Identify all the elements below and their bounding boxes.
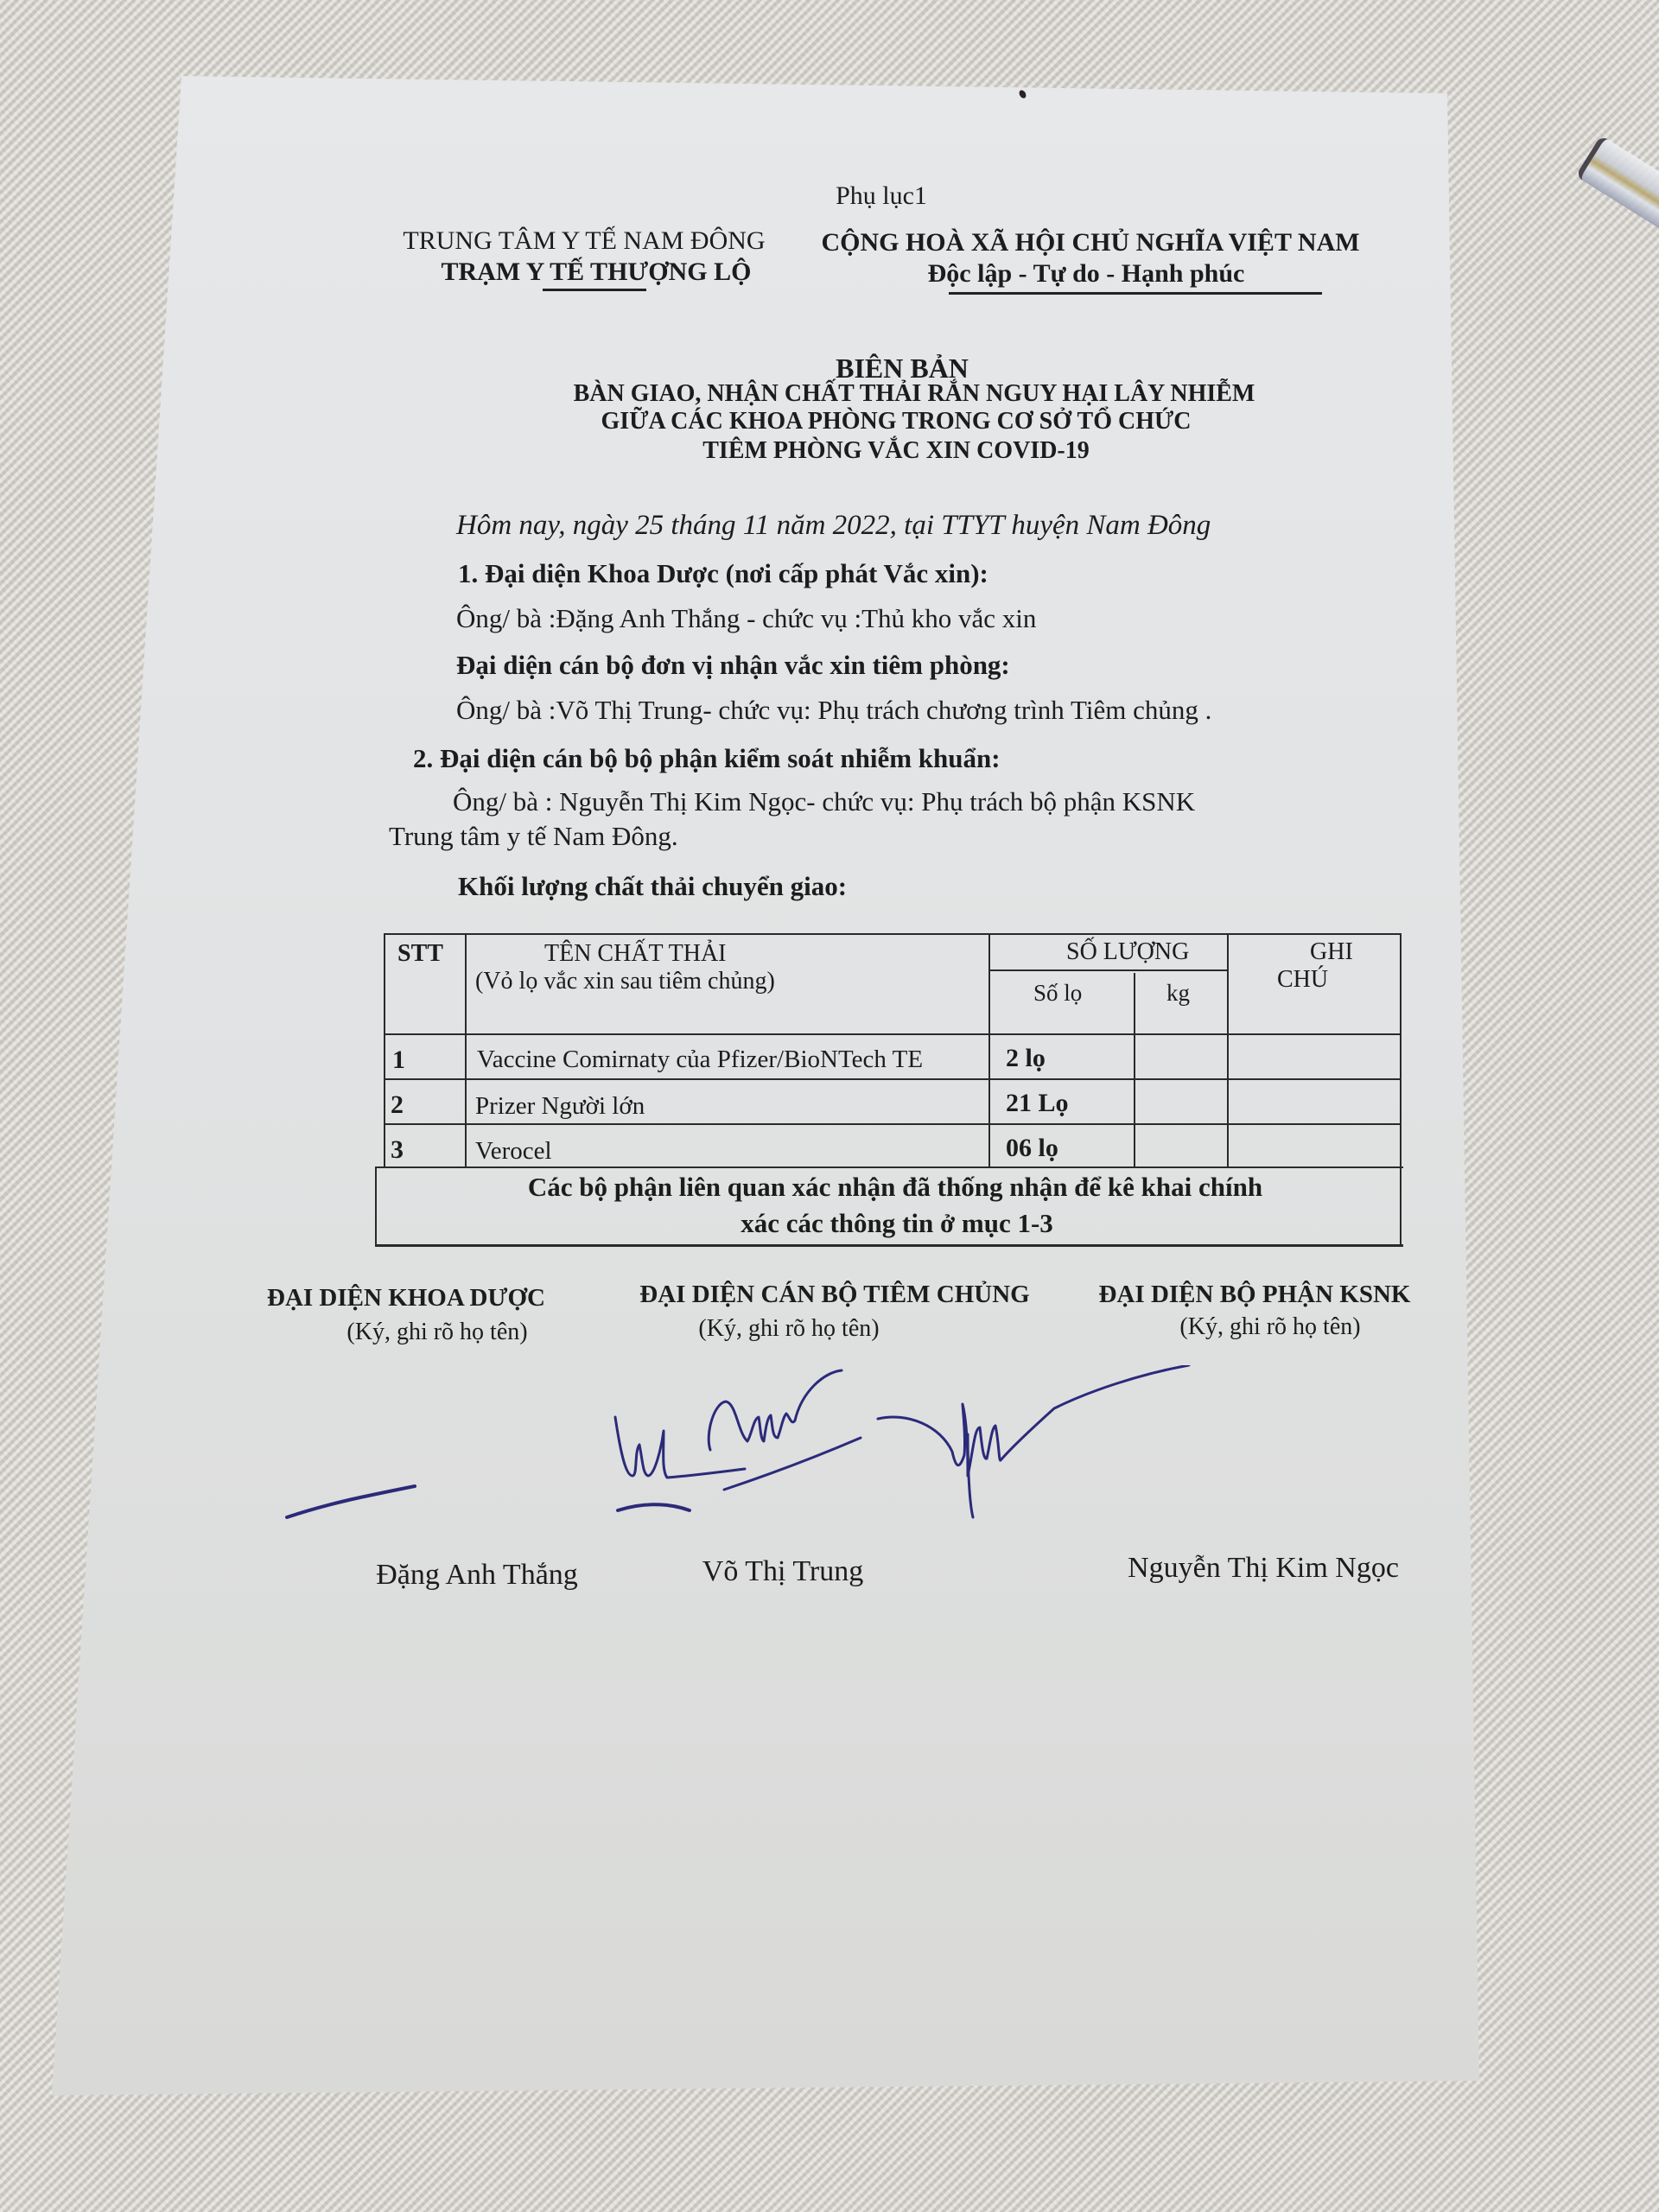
sig3-title: ĐẠI DIỆN BỘ PHẬN KSNK: [1099, 1282, 1411, 1307]
sig2-name: Võ Thị Trung: [702, 1557, 863, 1586]
section1-heading: 1. Đại diện Khoa Dược (nơi cấp phát Vắc …: [458, 560, 988, 587]
row3-stt: 3: [391, 1137, 404, 1163]
section1-subheading: Đại diện cán bộ đơn vị nhận vắc xin tiêm…: [456, 652, 1010, 678]
header-right-underline: [949, 292, 1322, 295]
sig2-title: ĐẠI DIỆN CÁN BỘ TIÊM CHỦNG: [639, 1282, 1029, 1307]
title-line-1: BÀN GIAO, NHẬN CHẤT THẢI RẮN NGUY HẠI LÂ…: [574, 382, 1255, 406]
header-right-nation: CỘNG HOÀ XÃ HỘI CHỦ NGHĨA VIỆT NAM: [821, 230, 1359, 256]
table-footer-line2: xác các thông tin ở mục 1-3: [741, 1210, 1053, 1236]
row3-vials: 06 lọ: [1006, 1135, 1058, 1161]
row2-vials: 21 Lọ: [1006, 1090, 1069, 1116]
header-note-2: CHÚ: [1277, 968, 1328, 992]
row1-vials: 2 lọ: [1006, 1046, 1046, 1071]
header-kg: kg: [1166, 982, 1190, 1005]
row1-stt: 1: [392, 1047, 405, 1073]
sig3-name: Nguyễn Thị Kim Ngọc: [1128, 1554, 1399, 1583]
title-line-3: TIÊM PHÒNG VẮC XIN COVID-19: [702, 439, 1090, 463]
section2-heading: 2. Đại diện cán bộ bộ phận kiểm soát nhi…: [413, 745, 1001, 772]
header-left-org: TRUNG TÂM Y TẾ NAM ĐÔNG: [403, 228, 765, 254]
sig1-instruction: (Ký, ghi rõ họ tên): [346, 1320, 527, 1344]
date-line: Hôm nay, ngày 25 tháng 11 năm 2022, tại …: [456, 512, 1211, 540]
sig1-name: Đặng Anh Thắng: [376, 1560, 578, 1590]
waste-table: STT TÊN CHẤT THẢI (Vỏ lọ vắc xin sau tiê…: [375, 933, 1403, 1244]
section2-person-line1: Ông/ bà : Nguyễn Thị Kim Ngọc- chức vụ: …: [453, 788, 1195, 815]
title-line-2: GIỮA CÁC KHOA PHÒNG TRONG CƠ SỞ TỔ CHỨC: [601, 410, 1192, 434]
header-name-sub: (Vỏ lọ vắc xin sau tiêm chủng): [475, 969, 775, 994]
section2-person-line2: Trung tâm y tế Nam Đông.: [389, 823, 678, 849]
header-right-motto: Độc lập - Tự do - Hạnh phúc: [928, 261, 1245, 287]
header-left-underline: [543, 289, 646, 291]
header-note-1: GHI: [1310, 940, 1353, 964]
sig1-title: ĐẠI DIỆN KHOA DƯỢC: [267, 1286, 545, 1311]
handwritten-signatures: [276, 1365, 1503, 1555]
header-quantity: SỐ LƯỢNG: [1066, 940, 1189, 964]
section1-person: Ông/ bà :Đặng Anh Thắng - chức vụ :Thủ k…: [456, 605, 1036, 632]
sig2-instruction: (Ký, ghi rõ họ tên): [698, 1317, 879, 1341]
header-left-station: TRẠM Y TẾ THƯỢNG LỘ: [442, 259, 752, 285]
row1-name: Vaccine Comirnaty của Pfizer/BioNTech TE: [477, 1047, 923, 1072]
waste-heading: Khối lượng chất thải chuyển giao:: [458, 873, 847, 899]
row2-name: Prizer Người lớn: [475, 1094, 645, 1119]
appendix-label: Phụ lục1: [836, 183, 927, 209]
table-footer-line1: Các bộ phận liên quan xác nhận đã thống …: [528, 1173, 1262, 1200]
section1-subperson: Ông/ bà :Võ Thị Trung- chức vụ: Phụ trác…: [456, 696, 1211, 723]
header-stt: STT: [397, 942, 443, 966]
header-name: TÊN CHẤT THẢI: [544, 942, 727, 966]
sig3-instruction: (Ký, ghi rõ họ tên): [1179, 1315, 1360, 1339]
pen-object: [1575, 135, 1659, 243]
header-vials: Số lọ: [1033, 982, 1082, 1005]
document-title: BIÊN BẢN: [836, 354, 969, 382]
row3-name: Verocel: [475, 1139, 552, 1164]
row2-stt: 2: [391, 1092, 404, 1118]
